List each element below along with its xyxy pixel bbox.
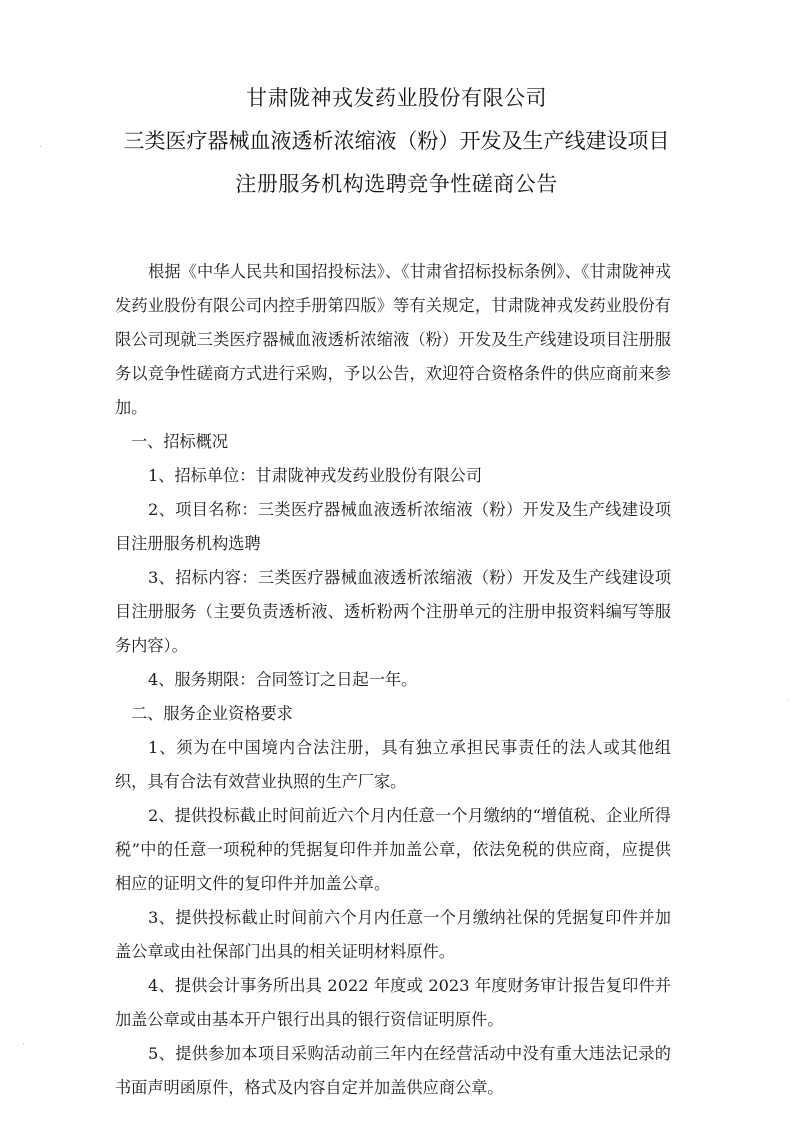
scan-speck [788,700,789,701]
document-title: 甘肃陇神戎发药业股份有限公司 三类医疗器械血液透析浓缩液（粉）开发及生产线建设项… [0,88,793,217]
overview-item: 3、招标内容：三类医疗器械血液透析浓缩液（粉）开发及生产线建设项目注册服务（主要… [115,561,671,663]
qualification-item: 2、提供投标截止时间前近六个月内任意一个月缴纳的“增值税、企业所得税”中的任意一… [115,799,671,901]
scan-speck [590,1042,591,1043]
intro-paragraph: 根据《中华人民共和国招投标法》、《甘肃省招标投标条例》、《甘肃陇神戎发药业股份有… [115,255,671,425]
title-company: 甘肃陇神戎发药业股份有限公司 [0,88,793,109]
overview-item: 1、招标单位：甘肃陇神戎发药业股份有限公司 [115,459,671,493]
document-body: 根据《中华人民共和国招投标法》、《甘肃省招标投标条例》、《甘肃陇神戎发药业股份有… [115,255,671,1105]
overview-item: 4、服务期限：合同签订之日起一年。 [115,663,671,697]
title-project: 三类医疗器械血液透析浓缩液（粉）开发及生产线建设项目 [0,131,793,152]
scan-speck [40,146,41,147]
overview-item: 2、项目名称：三类医疗器械血液透析浓缩液（粉）开发及生产线建设项目注册服务机构选… [115,493,671,561]
title-announcement: 注册服务机构选聘竞争性磋商公告 [0,174,793,195]
section-heading-qualifications: 二、服务企业资格要求 [115,697,671,731]
qualification-item: 5、提供参加本项目采购活动前三年内在经营活动中没有重大违法记录的书面声明函原件，… [115,1037,671,1105]
scan-speck [390,1098,391,1099]
qualification-item: 1、须为在中国境内合法注册，具有独立承担民事责任的法人或其他组织，具有合法有效营… [115,731,671,799]
scan-speck [23,1043,24,1044]
section-heading-overview: 一、招标概况 [115,425,671,459]
qualification-item: 3、提供投标截止时间前六个月内任意一个月缴纳社保的凭据复印件并加盖公章或由社保部… [115,901,671,969]
qualification-item: 4、提供会计事务所出具 2022 年度或 2023 年度财务审计报告复印件并加盖… [115,969,671,1037]
document-page: 甘肃陇神戎发药业股份有限公司 三类医疗器械血液透析浓缩液（粉）开发及生产线建设项… [0,0,793,1122]
